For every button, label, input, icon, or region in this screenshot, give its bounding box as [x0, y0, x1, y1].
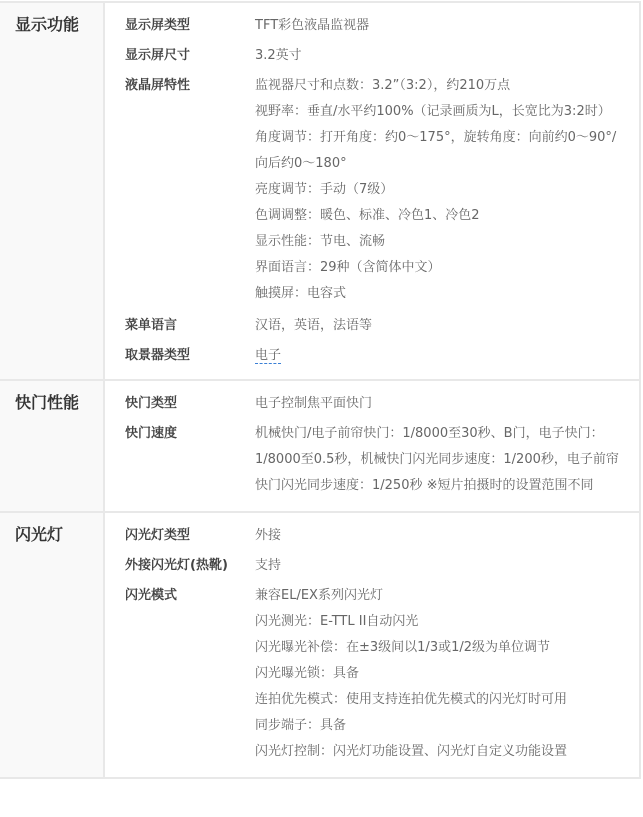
spec-key: 菜单语言	[125, 311, 255, 341]
spec-value: 闪光曝光补偿：在±3级间以1/3或1/2级为单位调节	[255, 635, 621, 661]
spec-key: 闪光灯类型	[125, 521, 255, 551]
spec-value: 兼容EL/EX系列闪光灯	[255, 583, 621, 609]
section-title: 闪光灯	[0, 513, 105, 777]
spec-value: 角度调节：打开角度：约0～175°，旋转角度：向前约0～90°/向后约0～180…	[255, 125, 621, 177]
spec-value: 闪光曝光锁：具备	[255, 661, 621, 687]
spec-value: 界面语言：29种（含简体中文）	[255, 255, 621, 281]
spec-value: 视野率：垂直/水平约100%（记录画质为L，长宽比为3:2时）	[255, 99, 621, 125]
spec-value: 3.2英寸	[255, 41, 621, 71]
spec-row-shutter-speed: 快门速度 机械快门/电子前帘快门：1/8000至30秒、B门，电子快门：1/80…	[125, 419, 639, 503]
spec-value: TFT彩色液晶监视器	[255, 11, 621, 41]
spec-value: 连拍优先模式：使用支持连拍优先模式的闪光灯时可用	[255, 687, 621, 713]
section-title: 显示功能	[0, 3, 105, 379]
section-display: 显示功能 显示屏类型 TFT彩色液晶监视器 显示屏尺寸 3.2英寸 液晶屏特性 …	[0, 3, 639, 381]
spec-row-menu-language: 菜单语言 汉语，英语，法语等	[125, 311, 639, 341]
spec-key: 液晶屏特性	[125, 71, 255, 101]
spec-value: 支持	[255, 551, 621, 581]
spec-value: 触摸屏：电容式	[255, 281, 621, 307]
spec-value: 同步端子：具备	[255, 713, 621, 739]
spec-key: 取景器类型	[125, 341, 255, 371]
spec-key: 显示屏类型	[125, 11, 255, 41]
section-body: 显示屏类型 TFT彩色液晶监视器 显示屏尺寸 3.2英寸 液晶屏特性 监视器尺寸…	[105, 3, 639, 379]
spec-row-flash-mode: 闪光模式 兼容EL/EX系列闪光灯 闪光测光：E-TTL II自动闪光 闪光曝光…	[125, 581, 639, 769]
viewfinder-type-link[interactable]: 电子	[255, 348, 281, 364]
section-flash: 闪光灯 闪光灯类型 外接 外接闪光灯(热靴) 支持 闪光模式 兼容EL/EX系列…	[0, 513, 639, 779]
section-title: 快门性能	[0, 381, 105, 511]
spec-key: 快门速度	[125, 419, 255, 449]
spec-row-flash-type: 闪光灯类型 外接	[125, 521, 639, 551]
spec-value: 机械快门/电子前帘快门：1/8000至30秒、B门，电子快门：1/8000至0.…	[255, 421, 621, 499]
spec-key: 快门类型	[125, 389, 255, 419]
spec-value: 电子控制焦平面快门	[255, 389, 621, 419]
spec-key: 外接闪光灯(热靴)	[125, 551, 255, 581]
spec-value: 汉语，英语，法语等	[255, 311, 621, 341]
spec-value: 色调调整：暖色、标准、冷色1、冷色2	[255, 203, 621, 229]
spec-value: 闪光灯控制：闪光灯功能设置、闪光灯自定义功能设置	[255, 739, 621, 765]
spec-value: 监视器尺寸和点数：3.2”（3:2），约210万点	[255, 73, 621, 99]
spec-row-external-flash: 外接闪光灯(热靴) 支持	[125, 551, 639, 581]
spec-key: 闪光模式	[125, 581, 255, 611]
spec-key: 显示屏尺寸	[125, 41, 255, 71]
section-body: 快门类型 电子控制焦平面快门 快门速度 机械快门/电子前帘快门：1/8000至3…	[105, 381, 639, 511]
spec-row-viewfinder-type: 取景器类型 电子	[125, 341, 639, 371]
spec-value: 亮度调节：手动（7级）	[255, 177, 621, 203]
spec-value: 显示性能：节电、流畅	[255, 229, 621, 255]
spec-row-screen-size: 显示屏尺寸 3.2英寸	[125, 41, 639, 71]
spec-row-lcd-features: 液晶屏特性 监视器尺寸和点数：3.2”（3:2），约210万点 视野率：垂直/水…	[125, 71, 639, 311]
spec-row-shutter-type: 快门类型 电子控制焦平面快门	[125, 389, 639, 419]
section-shutter: 快门性能 快门类型 电子控制焦平面快门 快门速度 机械快门/电子前帘快门：1/8…	[0, 381, 639, 513]
spec-value: 闪光测光：E-TTL II自动闪光	[255, 609, 621, 635]
spec-row-screen-type: 显示屏类型 TFT彩色液晶监视器	[125, 11, 639, 41]
spec-value: 外接	[255, 521, 621, 551]
section-body: 闪光灯类型 外接 外接闪光灯(热靴) 支持 闪光模式 兼容EL/EX系列闪光灯 …	[105, 513, 639, 777]
spec-table: 显示功能 显示屏类型 TFT彩色液晶监视器 显示屏尺寸 3.2英寸 液晶屏特性 …	[0, 1, 641, 779]
